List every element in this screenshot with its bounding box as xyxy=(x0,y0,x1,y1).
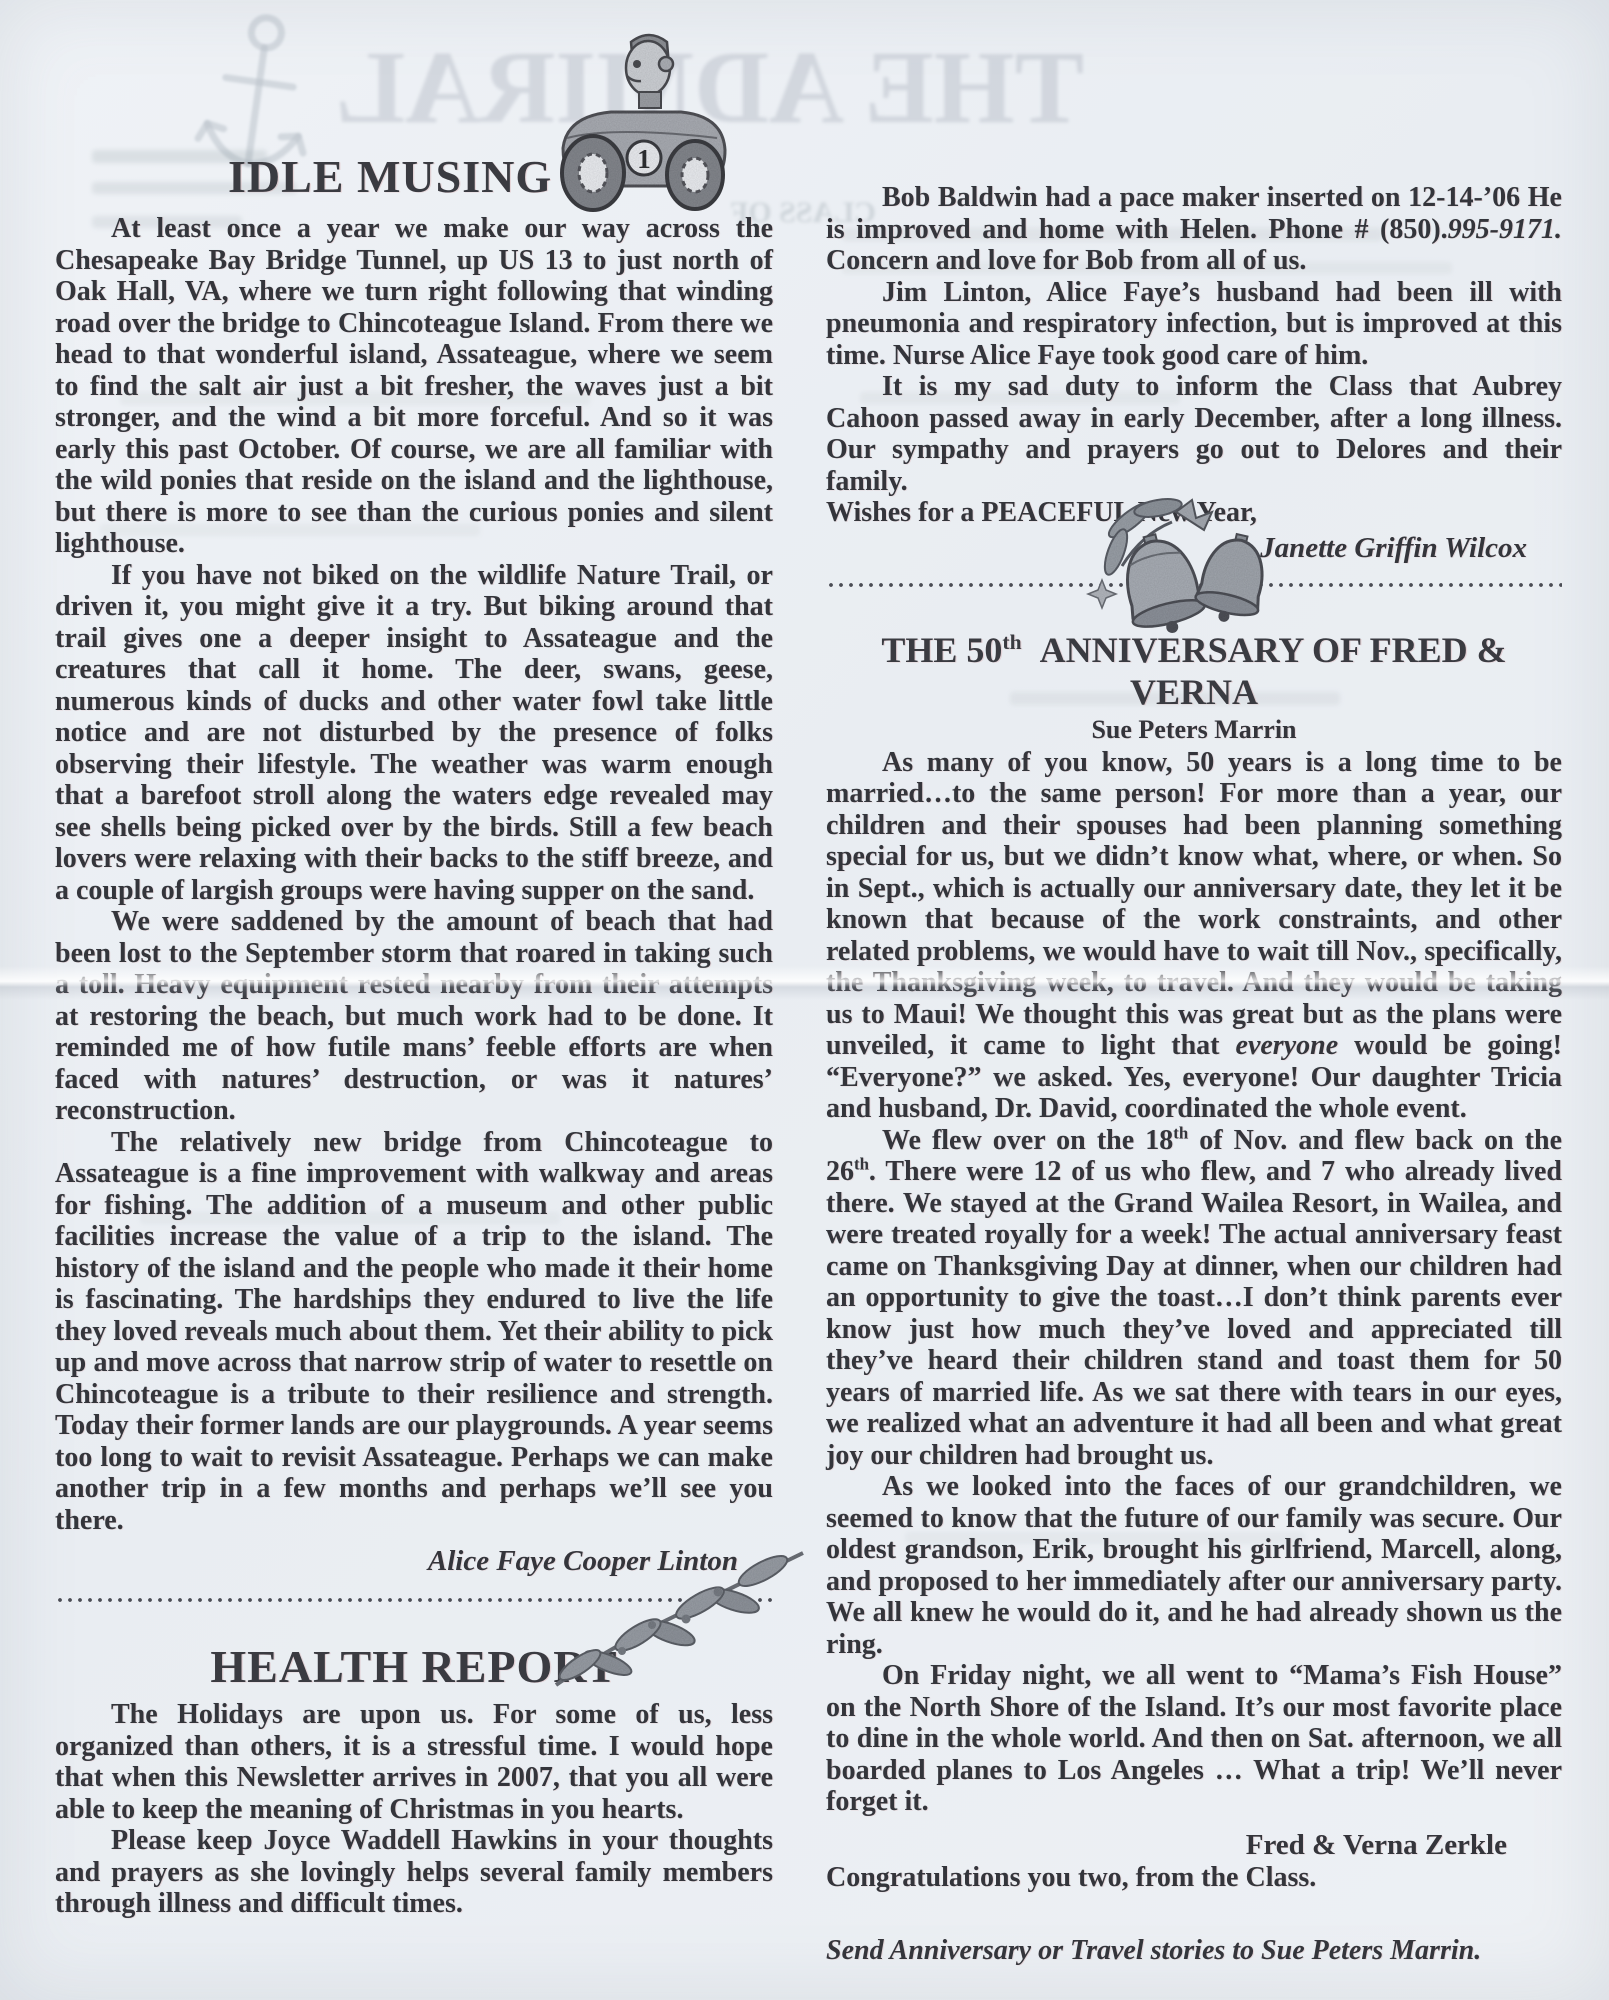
date-26th-sup: th xyxy=(854,1155,869,1174)
anniversary-heading-sup: th xyxy=(1002,630,1021,654)
health-note-jim-linton: Jim Linton, Alice Faye’s husband had bee… xyxy=(826,277,1562,372)
anniversary-byline: Sue Peters Marrin xyxy=(826,715,1562,745)
right-column: Bob Baldwin had a pace maker inserted on… xyxy=(826,182,1562,1967)
congratulations-line: Congratulations you two, from the Class. xyxy=(826,1862,1562,1894)
idle-musing-paragraph-4: The relatively new bridge from Chincotea… xyxy=(55,1127,773,1537)
olive-branch-icon xyxy=(548,1545,813,1700)
health-report-paragraph-2: Please keep Joyce Waddell Hawkins in you… xyxy=(55,1825,773,1920)
anniversary-heading-pre: THE 50 xyxy=(881,630,1002,670)
idle-musing-paragraph-3: We were saddened by the amount of beach … xyxy=(55,906,773,1127)
car-number-label: 1 xyxy=(637,144,651,174)
bob-baldwin-text-end: Concern and love for Bob from all of us. xyxy=(826,245,1306,276)
anniversary-signature: Fred & Verna Zerkle xyxy=(826,1828,1562,1862)
anniversary-paragraph-2: We flew over on the 18th of Nov. and fle… xyxy=(826,1125,1562,1472)
health-report-paragraph-1: The Holidays are upon us. For some of us… xyxy=(55,1699,773,1825)
idle-musing-heading: IDLE MUSING xyxy=(228,150,552,203)
anniversary-paragraph-3: As we looked into the faces of our grand… xyxy=(826,1471,1562,1660)
jingle-bells-icon xyxy=(1072,482,1287,667)
submission-note: Send Anniversary or Travel stories to Su… xyxy=(826,1935,1562,1967)
scanned-newsletter-page: THE ADMIRAL CLASS OF xyxy=(0,0,1609,2000)
phone-number-italic: 995-9171. xyxy=(1448,214,1562,245)
anniversary-p2-text: We flew over on the 18 xyxy=(882,1125,1173,1156)
health-note-bob-baldwin: Bob Baldwin had a pace maker inserted on… xyxy=(826,182,1562,277)
race-car-icon: 1 xyxy=(553,26,731,216)
anniversary-paragraph-4: On Friday night, we all went to “Mama’s … xyxy=(826,1660,1562,1818)
anniversary-p1-text: As many of you know, 50 years is a long … xyxy=(826,747,1562,1062)
anniversary-p2-text-end: . There were 12 of us who flew, and 7 wh… xyxy=(826,1156,1562,1471)
idle-musing-paragraph-2: If you have not biked on the wildlife Na… xyxy=(55,560,773,907)
health-note-aubrey-cahoon: It is my sad duty to inform the Class th… xyxy=(826,371,1562,497)
everyone-italic: everyone xyxy=(1236,1030,1339,1061)
idle-musing-paragraph-1: At least once a year we make our way acr… xyxy=(55,213,773,560)
anniversary-paragraph-1: As many of you know, 50 years is a long … xyxy=(826,747,1562,1125)
date-18th-sup: th xyxy=(1173,1123,1188,1142)
